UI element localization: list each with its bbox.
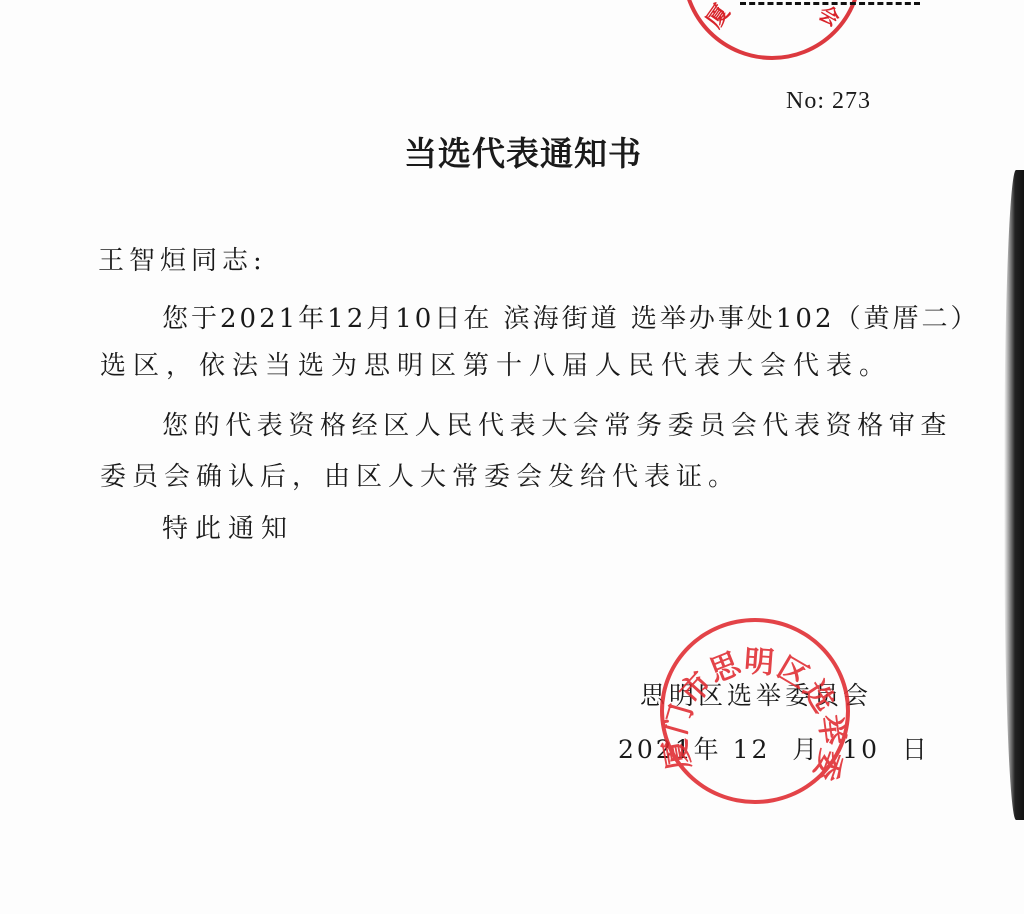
svg-text:厦门市思明区选举委员会: 厦门市思明区选举委员会 [649,595,851,786]
paragraph-1-line-1: 您于2021年12月10日在 滨海街道 选举办事处102（黄厝二） [162,298,980,335]
paragraph-1-line-2: 选区，依法当选为思明区第十八届人民代表大会代表。 [100,345,892,382]
seal-text-ring: 厦门市思明区选举委员会 [664,622,854,808]
closing-text: 特此通知 [162,508,294,545]
document-title: 当选代表通知书 [404,128,642,175]
page-edge-shadow [1004,170,1024,820]
document-number: No: 273 [786,88,871,115]
paragraph-2-line-2: 委员会确认后，由区人大常委会发给代表证。 [100,456,740,493]
official-seal: 厦门市思明区选举委员会 [660,618,850,804]
perforation-line [740,2,920,5]
salutation: 王智烜同志: [98,240,267,277]
paragraph-2-line-1: 您的代表资格经区人民代表大会常务委员会代表资格审查 [162,405,952,442]
